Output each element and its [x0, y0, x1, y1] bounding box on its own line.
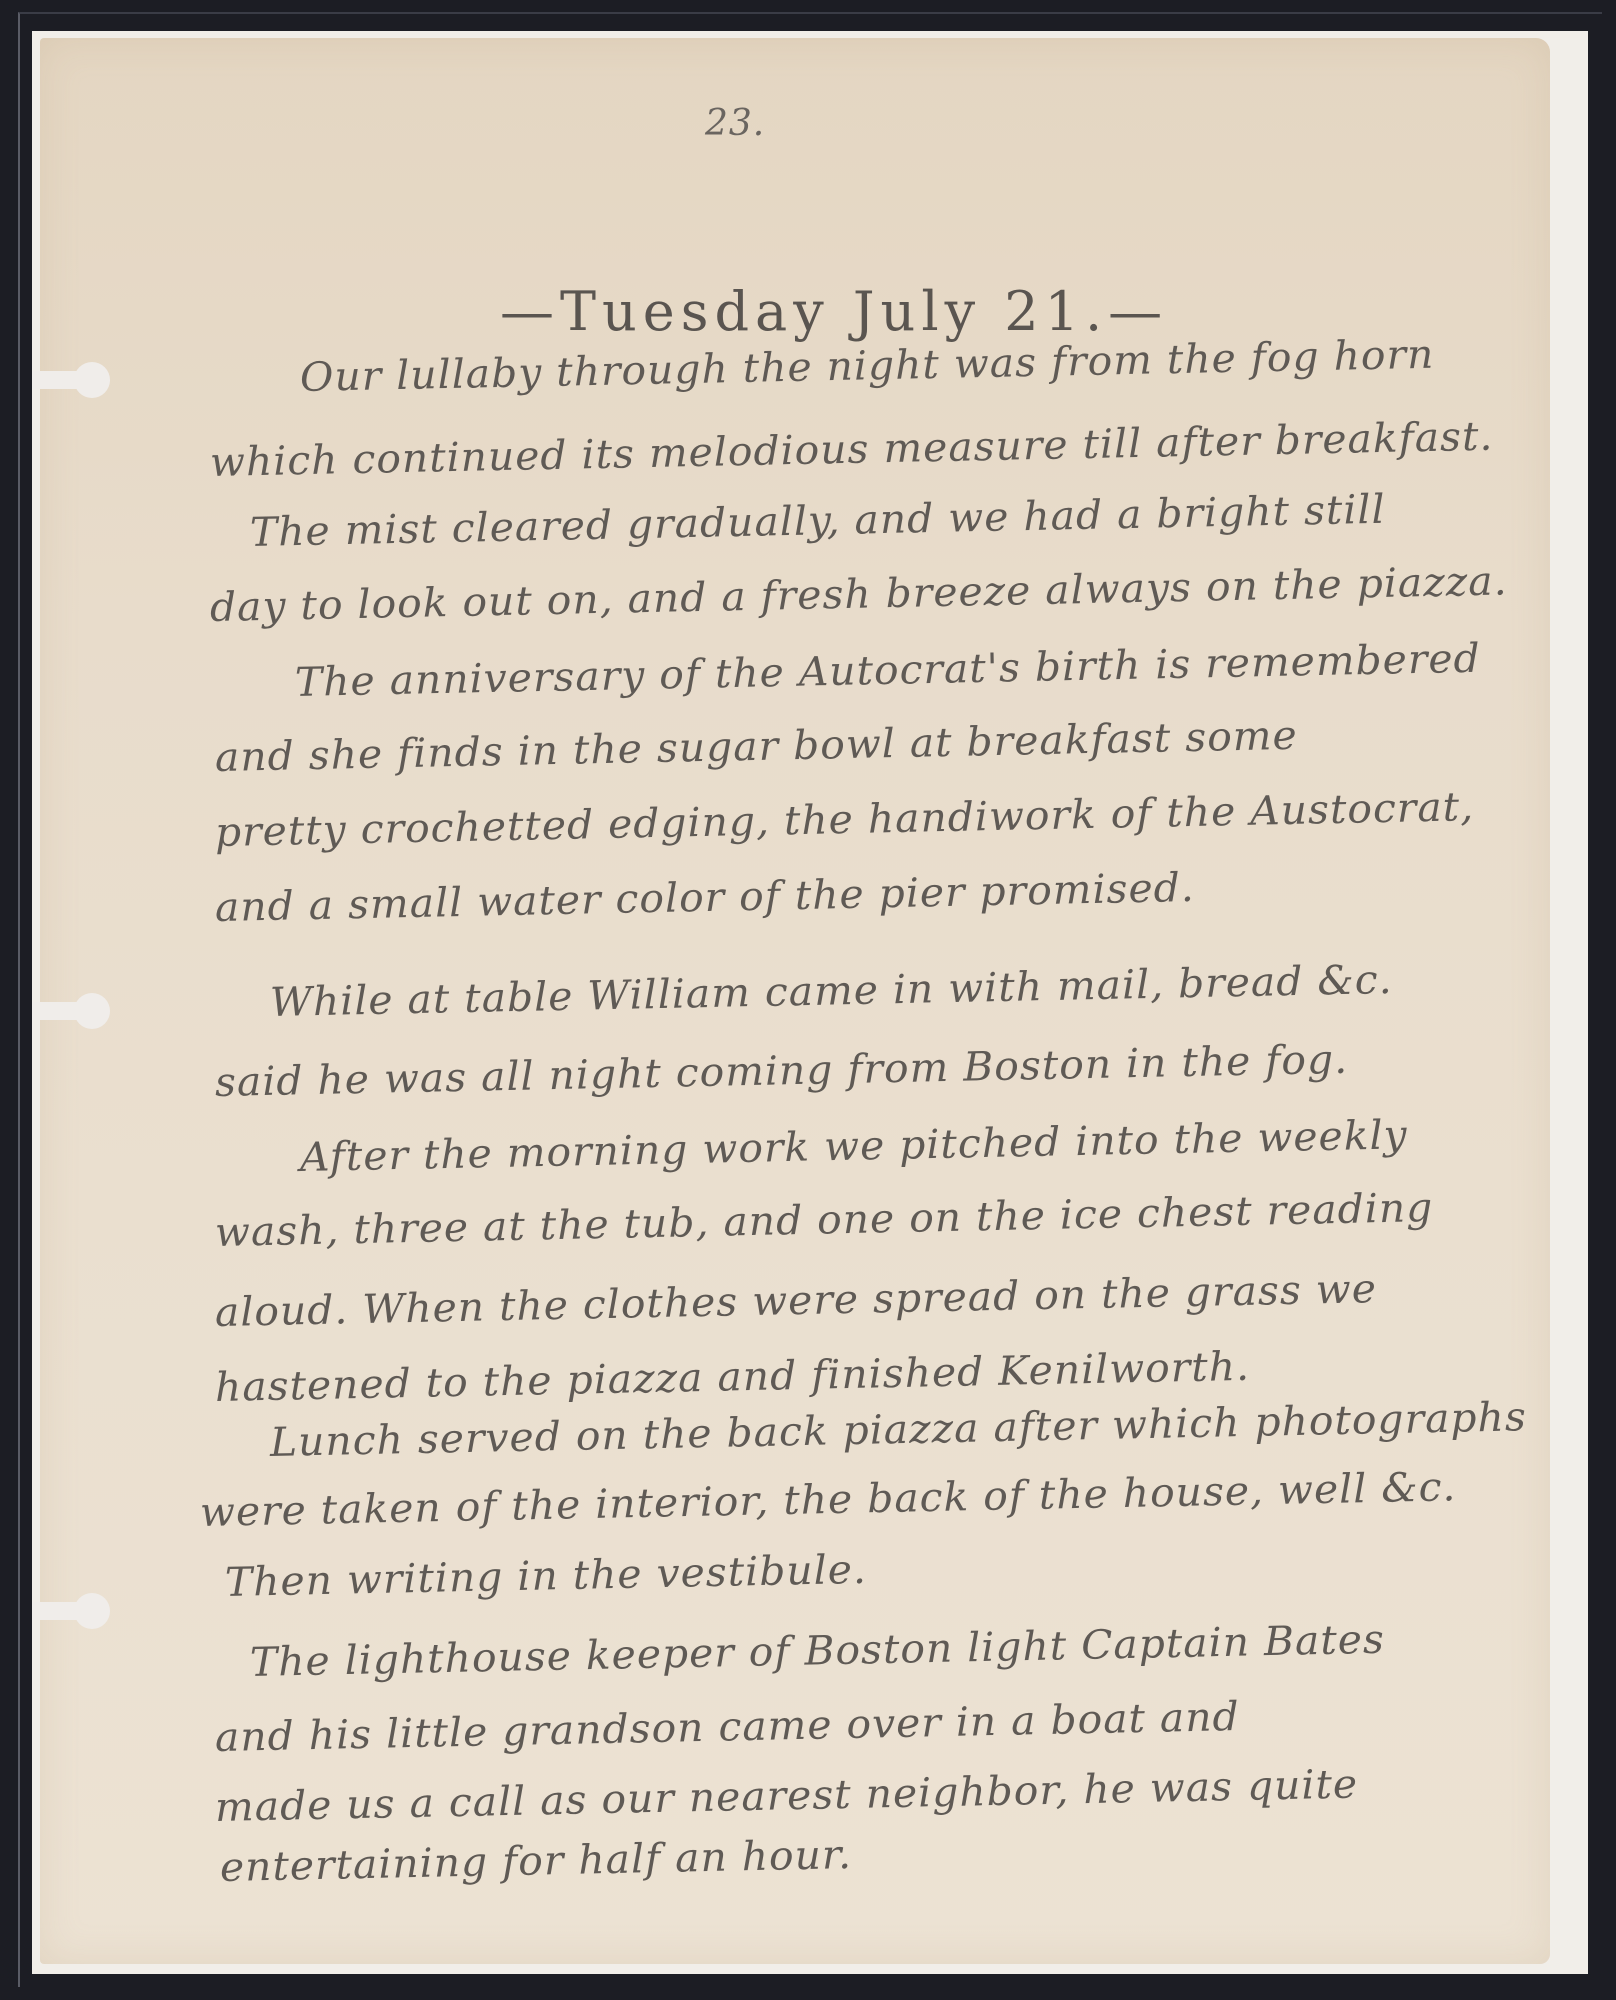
binder-hole-round [74, 993, 110, 1029]
binder-hole-round [74, 362, 110, 398]
binder-hole-top [32, 362, 112, 398]
entry-date-heading: —Tuesday July 21.— [500, 280, 1168, 343]
binder-hole-middle [32, 993, 112, 1029]
page-number: 23. [705, 103, 765, 144]
binder-hole-bottom [32, 1593, 112, 1629]
binder-hole-round [74, 1593, 110, 1629]
